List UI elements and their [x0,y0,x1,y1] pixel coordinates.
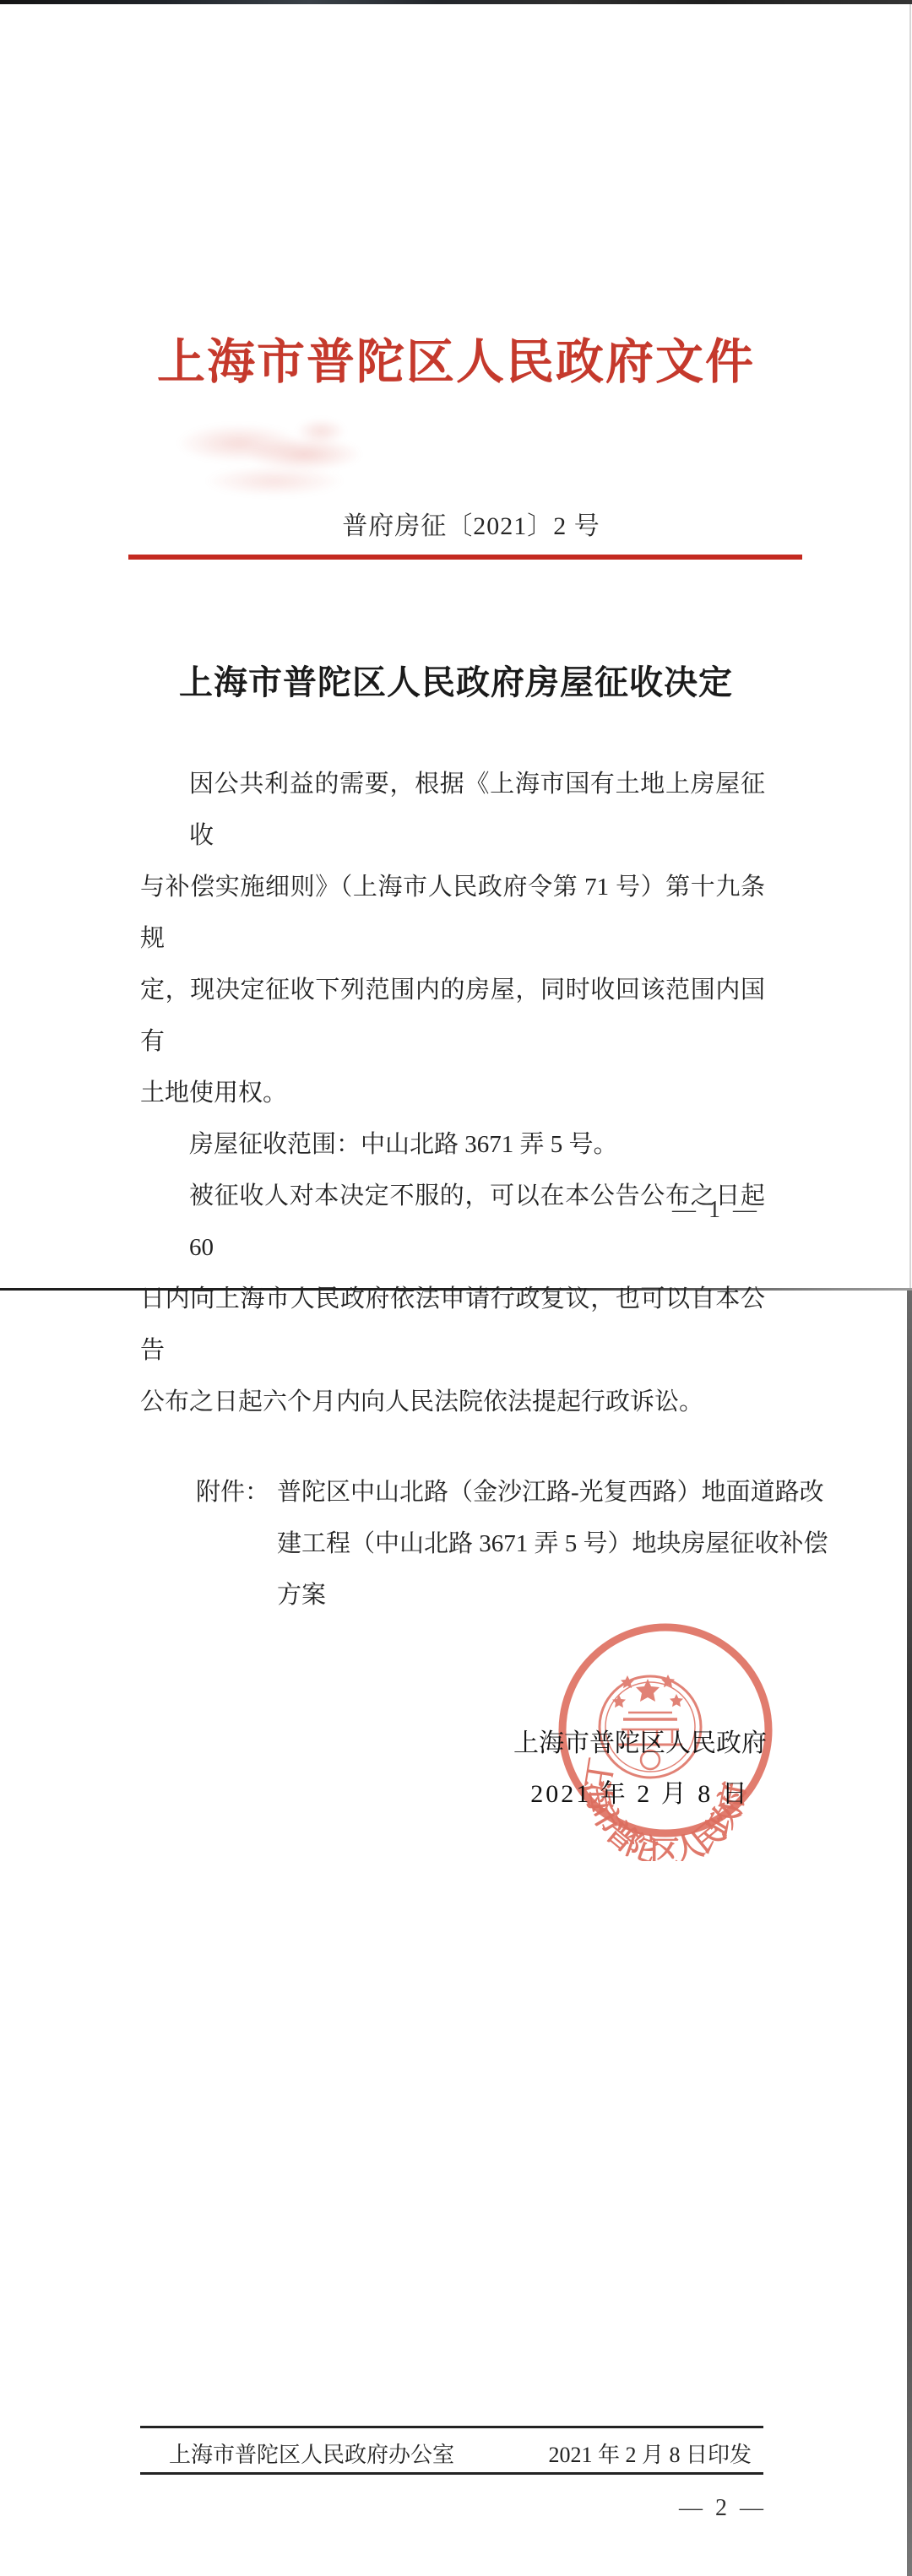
body-line: 公布之日起六个月内向人民法院依法提起行政诉讼。 [140,1377,765,1428]
body-line: 定，现决定征收下列范围内的房屋，同时收回该范围内国有 [140,965,765,1068]
scan-right-edge-page2 [907,1291,912,2576]
scan-top-edge [0,0,912,4]
footer-rule-bottom [140,2472,763,2475]
document-number: 普府房征〔2021〕2 号 [15,505,912,542]
attachment-line: 建工程（中山北路 3671 弄 5 号）地块房屋征收补偿 [277,1518,902,1570]
stamp-ghost-blob [245,437,363,471]
attachment-line: 普陀区中山北路（金沙江路-光复西路）地面道路改 [277,1467,902,1518]
issue-date: 2021 年 2 月 8 日 [507,1772,774,1810]
page-number-2: — 2 — [679,2495,767,2522]
footer-office: 上海市普陀区人民政府办公室 [169,2438,454,2469]
red-divider-rule [128,555,802,560]
attachment-text: 普陀区中山北路（金沙江路-光复西路）地面道路改 建工程（中山北路 3671 弄 … [277,1467,784,1621]
issuing-authority: 上海市普陀区人民政府 [507,1722,774,1759]
body-text: 因公共利益的需要，根据《上海市国有土地上房屋征收 与补偿实施细则》（上海市人民政… [140,759,765,1428]
red-letterhead-title: 上海市普陀区人民政府文件 [0,323,912,392]
scanned-document: 上海市普陀区人民政府文件 普府房征〔2021〕2 号 上海市普陀区人民政府房屋征… [0,0,912,2576]
attachment-label: 附件： [196,1467,269,1518]
scan-right-edge-page1 [909,4,911,1288]
page-number-1: — 1 — [672,1197,760,1224]
stamp-ghost-blob [296,419,346,444]
faint-stamp-ghost [169,415,380,508]
decision-title: 上海市普陀区人民政府房屋征收决定 [0,656,912,704]
footer-rule-top [140,2426,763,2428]
stamp-ghost-blob [176,424,302,463]
footer-print-date: 2021 年 2 月 8 日印发 [548,2438,752,2469]
body-line: 房屋征收范围：中山北路 3671 弄 5 号。 [140,1119,765,1171]
body-line: 日内向上海市人民政府依法申请行政复议，也可以自本公告 [140,1274,765,1377]
body-line: 被征收人对本决定不服的，可以在本公告公布之日起 60 [140,1171,765,1274]
stamp-ghost-blob [203,466,346,496]
body-line: 因公共利益的需要，根据《上海市国有土地上房屋征收 [140,759,765,862]
body-line: 与补偿实施细则》（上海市人民政府令第 71 号）第十九条规 [140,862,765,965]
body-line: 土地使用权。 [140,1068,765,1119]
